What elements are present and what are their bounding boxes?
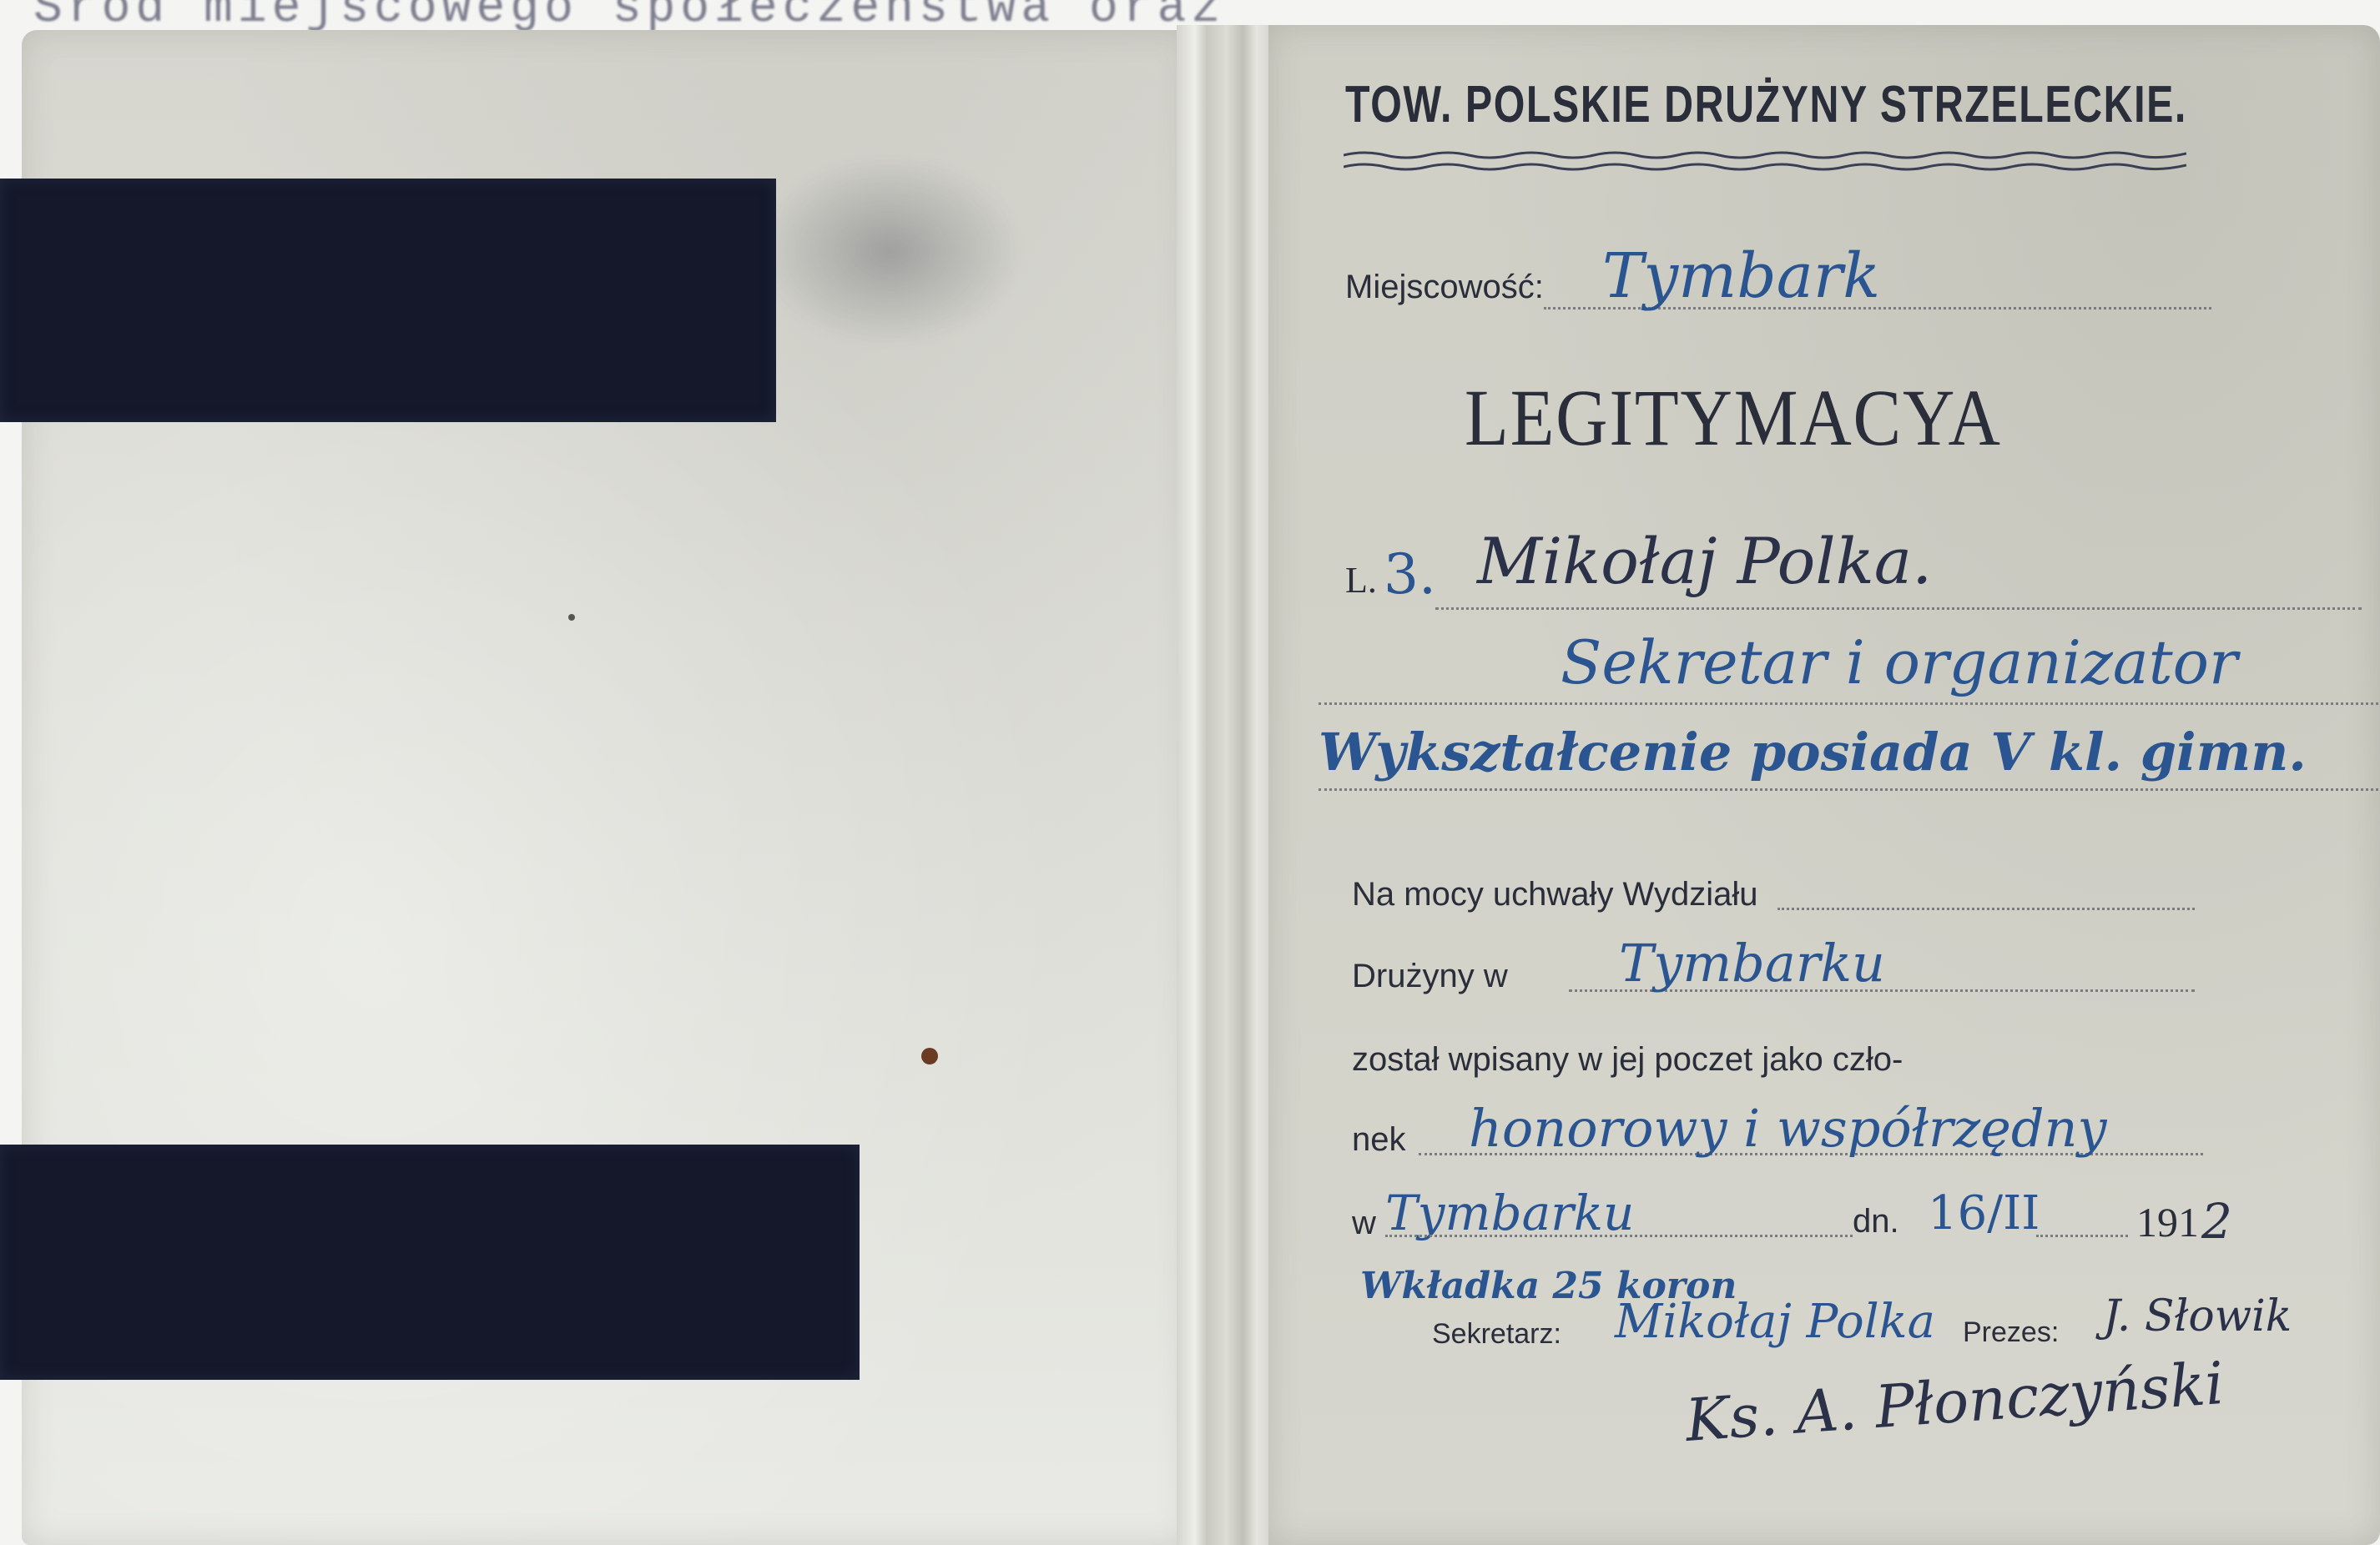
year-handwritten: 2 (2201, 1193, 2232, 1250)
date-value: 16/II (1928, 1186, 2040, 1241)
center-fold (1177, 25, 1277, 1545)
left-page (22, 30, 1190, 1545)
secretary-signature: Mikołaj Polka (1615, 1295, 1935, 1349)
president-signature: J. Słowik (2103, 1291, 2292, 1341)
president-label: Prezes: (1963, 1316, 2059, 1349)
member-role: Sekretar i organizator (1561, 627, 2237, 697)
locality-value: Tymbark (1602, 240, 1880, 312)
place-value: Tymbarku (1385, 1185, 1634, 1241)
organization-heading: TOW. POLSKIE DRUŻYNY STRZELECKIE. (1345, 75, 2187, 134)
decorative-double-rule (1344, 148, 2186, 174)
rust-spot (921, 1048, 938, 1064)
team-label: Drużyny w (1352, 958, 1508, 995)
identity-booklet: TOW. POLSKIE DRUŻYNY STRZELECKIE. Miejsc… (0, 25, 2380, 1545)
ink-smudge (756, 155, 1023, 347)
name-dotted-line (1435, 607, 2362, 610)
place-label: w (1352, 1205, 1376, 1242)
number-value: 3. (1384, 542, 1436, 606)
education-value: Wykształcenie posiada V kl. gimn. (1319, 722, 2307, 783)
additional-signature: Ks. A. Płonczyński (1683, 1349, 2226, 1455)
year-printed: 191 (2136, 1198, 2199, 1246)
education-dotted-line (1319, 788, 2378, 791)
place-dotted-line (1385, 1235, 1853, 1237)
right-page: TOW. POLSKIE DRUŻYNY STRZELECKIE. Miejsc… (1268, 25, 2380, 1545)
enrolled-text: został wpisany w jej poczet jako czło- (1352, 1041, 1903, 1079)
member-label: nek (1352, 1121, 1406, 1159)
locality-label: Miejscowość: (1345, 269, 1544, 306)
secretary-label: Sekretarz: (1432, 1318, 1561, 1351)
resolution-text: Na mocy uchwały Wydziału (1352, 876, 1757, 913)
number-label: L. (1345, 559, 1377, 601)
member-name: Mikołaj Polka. (1477, 524, 1932, 598)
dirt-spot (568, 614, 575, 621)
redaction-bar-bottom (0, 1145, 860, 1380)
date-dotted-line (2036, 1235, 2128, 1237)
redaction-bar-top (0, 179, 776, 422)
member-type-value: honorowy i współrzędny (1469, 1098, 2106, 1159)
date-label: dn. (1853, 1203, 1899, 1241)
document-title: LEGITYMACYA (1465, 371, 2002, 464)
resolution-dotted-line (1777, 908, 2195, 910)
team-value: Tymbarku (1619, 933, 1885, 994)
role-dotted-line (1319, 702, 2378, 705)
